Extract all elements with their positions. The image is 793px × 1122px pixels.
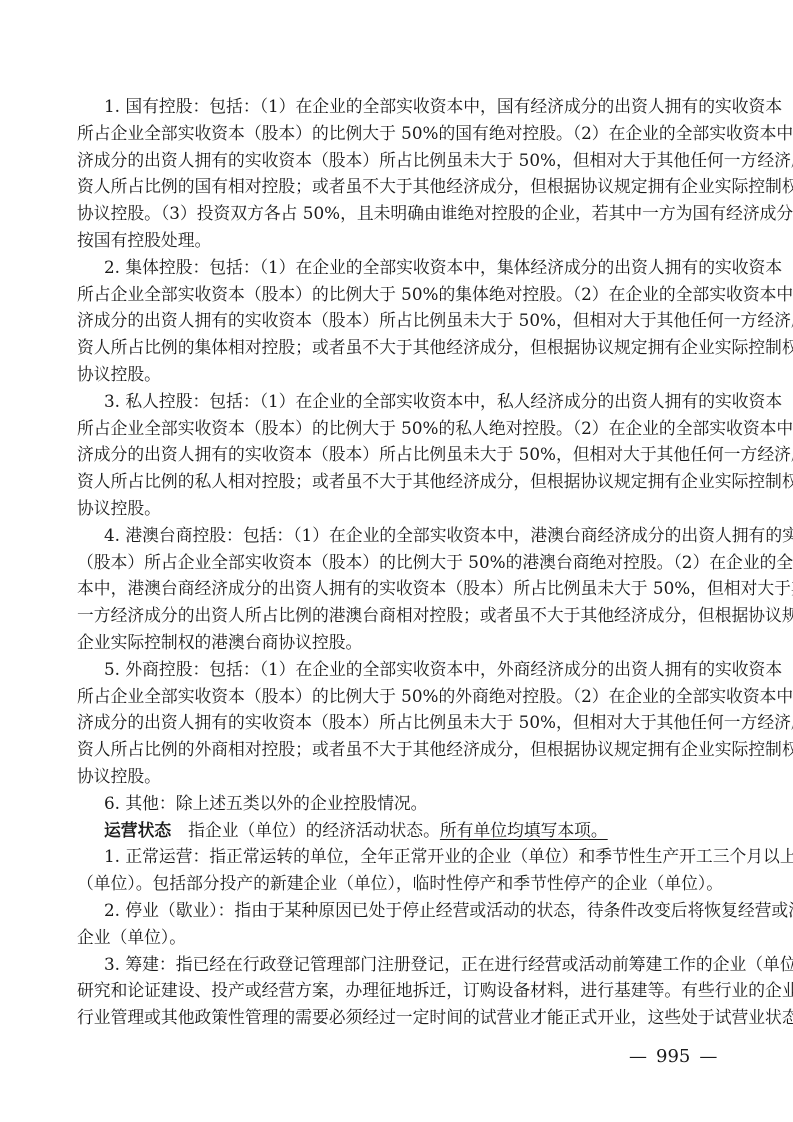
section-note: 所有单位均填写本项。 xyxy=(440,820,608,840)
section-heading-line: 运营状态指企业（单位）的经济活动状态。所有单位均填写本项。 xyxy=(77,817,716,844)
text-line: 3. 筹建：指已经在行政登记管理部门注册登记，正在进行经营或活动前筹建工作的企业… xyxy=(77,951,716,978)
text-line: 本中，港澳台商经济成分的出资人拥有的实收资本（股本）所占比例虽未大于 50%，但… xyxy=(77,575,716,602)
text-line: 济成分的出资人拥有的实收资本（股本）所占比例虽未大于 50%，但相对大于其他任何… xyxy=(77,709,716,736)
paragraph-private-holding: 3. 私人控股：包括：（1）在企业的全部实收资本中，私人经济成分的出资人拥有的实… xyxy=(77,388,716,522)
text-line: 企业实际控制权的港澳台商协议控股。 xyxy=(77,629,716,656)
text-line: 3. 私人控股：包括：（1）在企业的全部实收资本中，私人经济成分的出资人拥有的实… xyxy=(77,388,716,415)
paragraph-normal-operation: 1. 正常运营：指正常运转的单位，全年正常开业的企业（单位）和季节性生产开工三个… xyxy=(77,843,716,897)
text-line: 2. 集体控股：包括：（1）在企业的全部实收资本中，集体经济成分的出资人拥有的实… xyxy=(77,254,716,281)
text-line: 协议控股。（3）投资双方各占 50%，且未明确由谁绝对控股的企业，若其中一方为国… xyxy=(77,200,716,227)
section-operating-status: 运营状态指企业（单位）的经济活动状态。所有单位均填写本项。 xyxy=(77,817,716,844)
text-line: （股本）所占企业全部实收资本（股本）的比例大于 50%的港澳台商绝对控股。（2）… xyxy=(77,549,716,576)
text-line: 协议控股。 xyxy=(77,763,716,790)
body-text: 1. 国有控股：包括：（1）在企业的全部实收资本中，国有经济成分的出资人拥有的实… xyxy=(77,93,716,1031)
text-line: 所占企业全部实收资本（股本）的比例大于 50%的国有绝对控股。（2）在企业的全部… xyxy=(77,120,716,147)
dash-right: — xyxy=(699,1044,717,1070)
paragraph-collective-holding: 2. 集体控股：包括：（1）在企业的全部实收资本中，集体经济成分的出资人拥有的实… xyxy=(77,254,716,388)
text-line: （单位）。包括部分投产的新建企业（单位），临时性停产和季节性停产的企业（单位）。 xyxy=(77,870,716,897)
text-line: 所占企业全部实收资本（股本）的比例大于 50%的私人绝对控股。（2）在企业的全部… xyxy=(77,415,716,442)
page-number-footer: —995— xyxy=(620,1044,720,1070)
text-line: 济成分的出资人拥有的实收资本（股本）所占比例虽未大于 50%，但相对大于其他任何… xyxy=(77,307,716,334)
text-line: 按国有控股处理。 xyxy=(77,227,716,254)
text-line: 1. 正常运营：指正常运转的单位，全年正常开业的企业（单位）和季节性生产开工三个… xyxy=(77,843,716,870)
document-page: 1. 国有控股：包括：（1）在企业的全部实收资本中，国有经济成分的出资人拥有的实… xyxy=(0,0,793,1122)
text-line: 济成分的出资人拥有的实收资本（股本）所占比例虽未大于 50%，但相对大于其他任何… xyxy=(77,441,716,468)
text-line: 资人所占比例的集体相对控股；或者虽不大于其他经济成分，但根据协议规定拥有企业实际… xyxy=(77,334,716,361)
page-number: 995 xyxy=(656,1046,690,1067)
section-description: 指企业（单位）的经济活动状态。 xyxy=(188,820,440,840)
paragraph-state-owned-holding: 1. 国有控股：包括：（1）在企业的全部实收资本中，国有经济成分的出资人拥有的实… xyxy=(77,93,716,254)
dash-left: — xyxy=(629,1044,647,1070)
text-line: 协议控股。 xyxy=(77,495,716,522)
text-line: 资人所占比例的外商相对控股；或者虽不大于其他经济成分，但根据协议规定拥有企业实际… xyxy=(77,736,716,763)
text-line: 4. 港澳台商控股：包括：（1）在企业的全部实收资本中，港澳台商经济成分的出资人… xyxy=(77,522,716,549)
text-line: 资人所占比例的国有相对控股；或者虽不大于其他经济成分，但根据协议规定拥有企业实际… xyxy=(77,173,716,200)
paragraph-suspended: 2. 停业（歇业）：指由于某种原因已处于停止经营或活动的状态，待条件改变后将恢复… xyxy=(77,897,716,951)
text-line: 所占企业全部实收资本（股本）的比例大于 50%的集体绝对控股。（2）在企业的全部… xyxy=(77,281,716,308)
text-line: 行业管理或其他政策性管理的需要必须经过一定时间的试营业才能正式开业，这些处于试营… xyxy=(77,1004,716,1031)
text-line: 5. 外商控股：包括：（1）在企业的全部实收资本中，外商经济成分的出资人拥有的实… xyxy=(77,656,716,683)
paragraph-other-holding: 6. 其他：除上述五类以外的企业控股情况。 xyxy=(77,790,716,817)
paragraph-foreign-holding: 5. 外商控股：包括：（1）在企业的全部实收资本中，外商经济成分的出资人拥有的实… xyxy=(77,656,716,790)
paragraph-hk-macao-taiwan-holding: 4. 港澳台商控股：包括：（1）在企业的全部实收资本中，港澳台商经济成分的出资人… xyxy=(77,522,716,656)
text-line: 资人所占比例的私人相对控股；或者虽不大于其他经济成分，但根据协议规定拥有企业实际… xyxy=(77,468,716,495)
paragraph-preparation: 3. 筹建：指已经在行政登记管理部门注册登记，正在进行经营或活动前筹建工作的企业… xyxy=(77,951,716,1031)
text-line: 研究和论证建设、投产或经营方案，办理征地拆迁，订购设备材料，进行基建等。有些行业… xyxy=(77,977,716,1004)
text-line: 2. 停业（歇业）：指由于某种原因已处于停止经营或活动的状态，待条件改变后将恢复… xyxy=(77,897,716,924)
text-line: 6. 其他：除上述五类以外的企业控股情况。 xyxy=(77,790,716,817)
text-line: 企业（单位）。 xyxy=(77,924,716,951)
section-heading: 运营状态 xyxy=(104,820,171,840)
text-line: 一方经济成分的出资人所占比例的港澳台商相对控股；或者虽不大于其他经济成分，但根据… xyxy=(77,602,716,629)
text-line: 所占企业全部实收资本（股本）的比例大于 50%的外商绝对控股。（2）在企业的全部… xyxy=(77,683,716,710)
text-line: 济成分的出资人拥有的实收资本（股本）所占比例虽未大于 50%，但相对大于其他任何… xyxy=(77,147,716,174)
text-line: 1. 国有控股：包括：（1）在企业的全部实收资本中，国有经济成分的出资人拥有的实… xyxy=(77,93,716,120)
text-line: 协议控股。 xyxy=(77,361,716,388)
